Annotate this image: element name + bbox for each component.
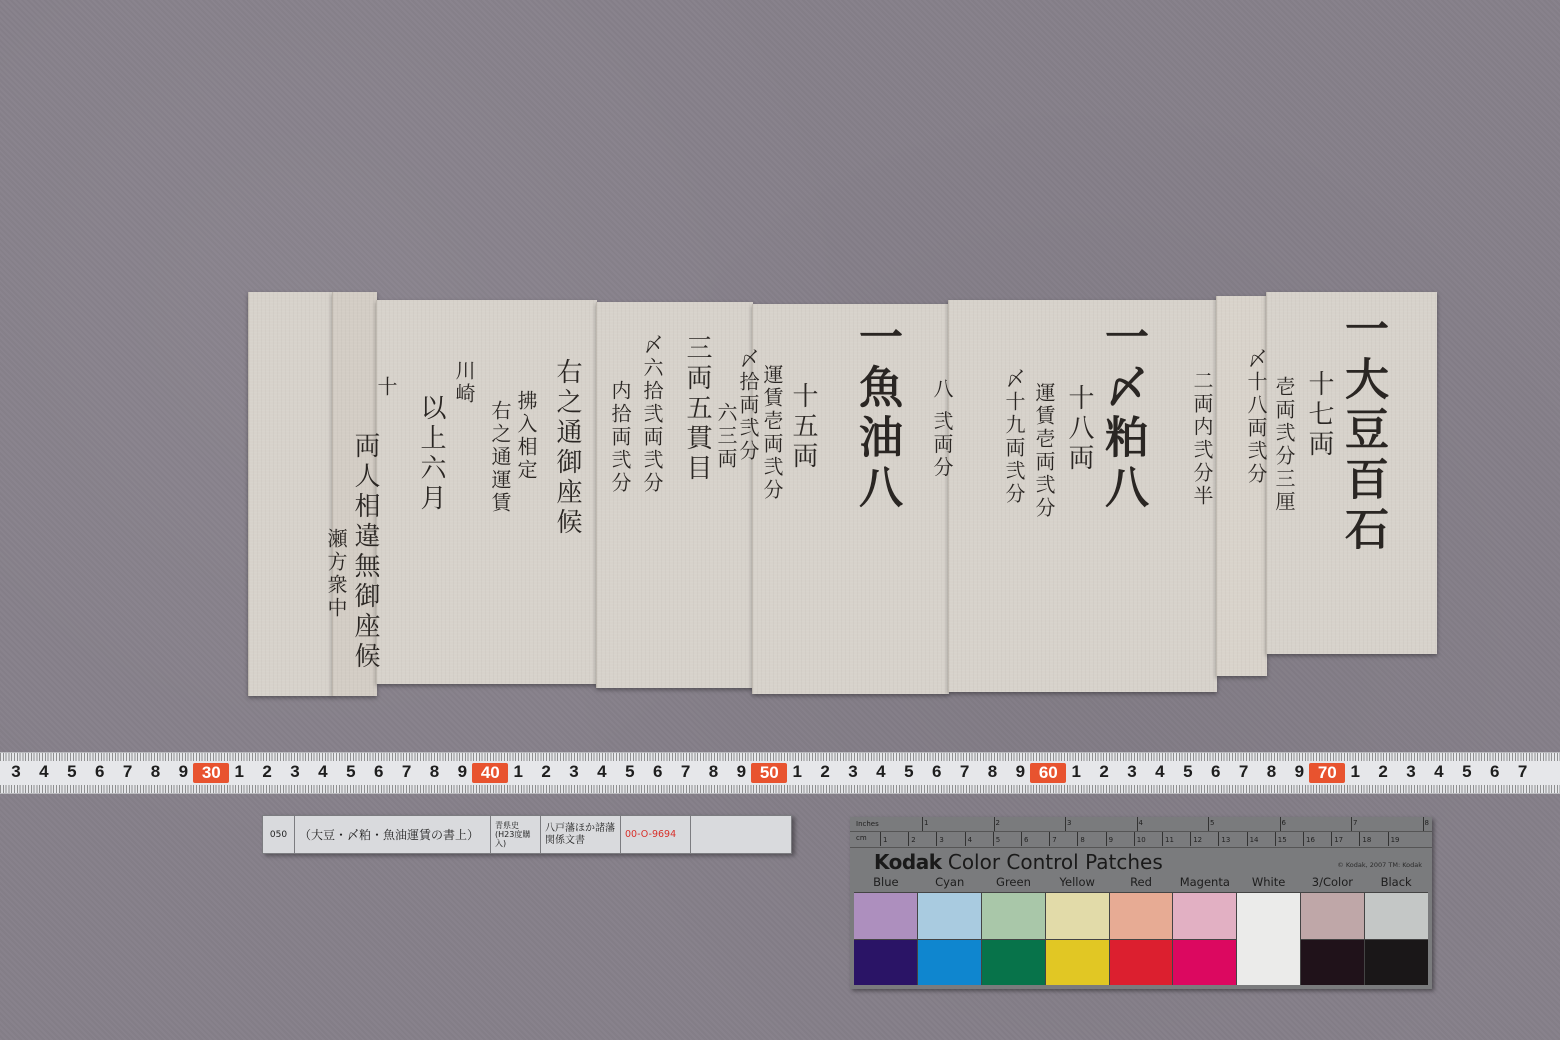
kodak-copyright: © Kodak, 2007 TM: Kodak (1337, 861, 1422, 869)
cm-tick (908, 832, 909, 846)
catalog-label-card: 050 （大豆・〆粕・魚油運賃の書上） 青県史(H23度購入) 八戸藩ほか諸藩関… (262, 815, 792, 854)
patch-light (1301, 892, 1364, 939)
text-column: 八 弐両分 (932, 378, 952, 479)
cm-tick (1049, 832, 1050, 846)
collection-name: 八戸藩ほか諸藩関係文書 (541, 816, 621, 853)
cm-tick (1134, 832, 1135, 846)
patch-column-red (1109, 892, 1173, 985)
tape-label: 4 (1146, 762, 1174, 782)
text-column: 六三両 (716, 402, 736, 471)
cm-label: 15 (1278, 836, 1287, 844)
cm-label: 9 (1109, 836, 1113, 844)
paper-panel-6 (948, 300, 1217, 692)
tape-label: 2 (532, 762, 560, 782)
kodak-color-control-card: Inches cm 123456781234567891011121314151… (850, 817, 1432, 989)
tape-label: 2 (811, 762, 839, 782)
tape-label: 5 (895, 762, 923, 782)
inches-label: Inches (856, 820, 879, 828)
cm-tick (1106, 832, 1107, 846)
tape-label: 70 (1309, 763, 1345, 783)
patch-dark (1173, 939, 1236, 986)
patch-light (854, 892, 917, 939)
text-column: 十七両 (1306, 370, 1332, 460)
text-column: 〆拾両弐分 (738, 348, 758, 463)
cm-label: 17 (1334, 836, 1343, 844)
patch-dark (1237, 939, 1300, 985)
patch-names: Blue Cyan Green Yellow Red Magenta White… (854, 875, 1428, 889)
text-column: 壱両弐分三厘 (1274, 376, 1294, 514)
tape-label: 7 (951, 762, 979, 782)
inch-label: 3 (1067, 819, 1071, 827)
text-column: 〆六拾弐両弐分 (642, 334, 662, 495)
patch-name-cyan: Cyan (918, 875, 982, 889)
patch-light (1173, 892, 1236, 939)
cm-tick (1162, 832, 1163, 846)
manuscript-document: 一大豆百石 十七両 壱両弐分三厘 〆十八両弐分 二両内弐分半 一〆粕八 十八両 … (248, 292, 1436, 704)
text-column: 運賃壱両弐分 (1034, 382, 1054, 520)
text-column: 以上六月 (418, 394, 444, 514)
tape-label: 4 (30, 762, 58, 782)
tape-label: 7 (1230, 762, 1258, 782)
cm-tick (993, 832, 994, 846)
cm-tick (1021, 832, 1022, 846)
tape-ticks-top (0, 753, 1560, 761)
patch-dark (1301, 939, 1364, 986)
tape-label: 8 (142, 762, 170, 782)
text-column: 十五両 (790, 382, 816, 472)
inch-label: 2 (996, 819, 1000, 827)
tape-label: 5 (616, 762, 644, 782)
cm-label: cm (856, 834, 867, 842)
tape-label: 50 (751, 763, 787, 783)
cm-label: 11 (1165, 836, 1174, 844)
cm-label: 2 (911, 836, 915, 844)
cm-tick (880, 832, 881, 846)
patch-light (1365, 892, 1428, 939)
patch-name-3color: 3/Color (1300, 875, 1364, 889)
cm-label: 3 (939, 836, 943, 844)
text-column: 一大豆百石 (1340, 306, 1384, 556)
patch-column-magenta (1172, 892, 1236, 985)
cm-label: 4 (968, 836, 972, 844)
inch-tick (1351, 817, 1352, 831)
cm-tick (1077, 832, 1078, 846)
text-column: 拂入相定 (516, 390, 536, 482)
tape-label: 5 (1174, 762, 1202, 782)
tape-label: 5 (58, 762, 86, 782)
patch-dark (982, 939, 1045, 986)
inch-label: 5 (1210, 819, 1214, 827)
tape-label: 8 (1258, 762, 1286, 782)
tape-label: 3 (839, 762, 867, 782)
inch-tick (1280, 817, 1281, 831)
patch-name-blue: Blue (854, 875, 918, 889)
cm-tick (1359, 832, 1360, 846)
kodak-title: Kodak Color Control Patches (874, 850, 1163, 874)
cm-tick (936, 832, 937, 846)
tape-label: 4 (588, 762, 616, 782)
tape-label: 6 (1202, 762, 1230, 782)
text-column: 右之通御座候 (554, 358, 580, 538)
text-column: 一魚油八 (854, 314, 898, 514)
source-note: 青県史(H23度購入) (491, 816, 541, 853)
text-column: 右之通運賃 (490, 400, 510, 515)
tape-label: 60 (1030, 763, 1066, 783)
patch-light (1110, 892, 1173, 939)
tape-label: 8 (700, 762, 728, 782)
cm-label: 10 (1137, 836, 1146, 844)
tape-label: 4 (867, 762, 895, 782)
tape-label: 2 (1090, 762, 1118, 782)
tape-label: 4 (309, 762, 337, 782)
patch-light (918, 892, 981, 939)
cm-label: 8 (1080, 836, 1084, 844)
tape-label: 4 (1425, 762, 1453, 782)
tape-label: 2 (1369, 762, 1397, 782)
cm-tick (1303, 832, 1304, 846)
tape-label: 8 (421, 762, 449, 782)
tape-label: 6 (365, 762, 393, 782)
cm-label: 7 (1052, 836, 1056, 844)
tape-label: 1 (783, 762, 811, 782)
tape-label: 7 (1509, 762, 1537, 782)
color-patches (854, 892, 1428, 985)
inch-tick (922, 817, 923, 831)
cm-label: 6 (1024, 836, 1028, 844)
tape-label: 5 (337, 762, 365, 782)
patch-dark (854, 939, 917, 986)
tape-label: 7 (114, 762, 142, 782)
blank-cell (691, 816, 791, 853)
tape-label: 3 (1397, 762, 1425, 782)
cm-tick (1247, 832, 1248, 846)
tape-label: 8 (979, 762, 1007, 782)
tape-label: 3 (1118, 762, 1146, 782)
tape-label: 6 (1481, 762, 1509, 782)
tape-ticks-bottom (0, 785, 1560, 793)
patch-column-yellow (1045, 892, 1109, 985)
cm-label: 14 (1250, 836, 1259, 844)
kodak-subtitle: Color Control Patches (948, 850, 1163, 874)
inch-tick (1065, 817, 1066, 831)
patch-name-yellow: Yellow (1045, 875, 1109, 889)
patch-name-red: Red (1109, 875, 1173, 889)
cm-label: 5 (996, 836, 1000, 844)
cm-tick (1331, 832, 1332, 846)
patch-dark (1365, 939, 1428, 986)
inch-label: 7 (1353, 819, 1357, 827)
text-column: 両人相違無御座候 (352, 432, 378, 672)
patch-column-green (981, 892, 1045, 985)
cm-tick (1190, 832, 1191, 846)
patch-column-blue (854, 892, 917, 985)
inch-tick (1423, 817, 1424, 831)
cm-label: 13 (1221, 836, 1230, 844)
patch-name-green: Green (982, 875, 1046, 889)
patch-column-white (1236, 892, 1300, 985)
paper-panel-1 (248, 292, 333, 696)
tape-label: 3 (2, 762, 30, 782)
patch-name-black: Black (1364, 875, 1428, 889)
inch-tick (994, 817, 995, 831)
tape-label: 6 (923, 762, 951, 782)
text-column: 〆十九両弐分 (1004, 368, 1024, 506)
patch-dark (918, 939, 981, 986)
cm-label: 19 (1391, 836, 1400, 844)
kodak-ruler: Inches cm 123456781234567891011121314151… (850, 817, 1432, 848)
text-column: 二両内弐分半 (1192, 370, 1212, 508)
patch-name-magenta: Magenta (1173, 875, 1237, 889)
cm-tick (1275, 832, 1276, 846)
text-column: 十 (376, 376, 396, 399)
patch-light (1237, 892, 1300, 939)
inch-label: 6 (1282, 819, 1286, 827)
inch-label: 1 (924, 819, 928, 827)
cm-tick (965, 832, 966, 846)
tape-label: 40 (472, 763, 508, 783)
tape-measure: 3456789301234567894012345678950123456789… (0, 752, 1560, 794)
catalog-number: 050 (263, 816, 295, 853)
tape-label: 6 (644, 762, 672, 782)
text-column: 内拾両弐分 (610, 380, 630, 495)
inch-tick (1137, 817, 1138, 831)
inch-tick (1208, 817, 1209, 831)
cm-label: 1 (883, 836, 887, 844)
text-column: 運賃壱両弐分 (762, 364, 782, 502)
patch-dark (1046, 939, 1109, 986)
patch-column-3color (1300, 892, 1364, 985)
inch-label: 4 (1139, 819, 1143, 827)
tape-label: 1 (504, 762, 532, 782)
text-column: 川崎 (454, 360, 474, 406)
patch-light (1046, 892, 1109, 939)
tape-label: 3 (281, 762, 309, 782)
text-column: 十八両 (1066, 384, 1092, 474)
tape-label: 2 (253, 762, 281, 782)
document-id: 00-O-9694 (621, 816, 691, 853)
inch-label: 8 (1425, 819, 1429, 827)
tape-label: 1 (225, 762, 253, 782)
tape-label: 6 (86, 762, 114, 782)
cm-label: 16 (1306, 836, 1315, 844)
cm-tick (1218, 832, 1219, 846)
tape-label: 1 (1062, 762, 1090, 782)
tape-label: 7 (672, 762, 700, 782)
text-column: 一〆粕八 (1100, 314, 1144, 514)
patch-dark (1110, 939, 1173, 986)
kodak-brand: Kodak (874, 850, 942, 874)
text-column: 瀬方衆中 (326, 528, 346, 620)
patch-name-white: White (1237, 875, 1301, 889)
patch-light (982, 892, 1045, 939)
cm-tick (1388, 832, 1389, 846)
patch-column-cyan (917, 892, 981, 985)
text-column: 三両五貫目 (684, 334, 710, 484)
patch-column-black (1364, 892, 1428, 985)
text-column: 〆十八両弐分 (1246, 348, 1266, 486)
cm-label: 12 (1193, 836, 1202, 844)
tape-label: 5 (1453, 762, 1481, 782)
paper-panel-4 (596, 302, 753, 688)
document-title: （大豆・〆粕・魚油運賃の書上） (295, 816, 491, 853)
tape-label: 3 (560, 762, 588, 782)
tape-label: 1 (1341, 762, 1369, 782)
cm-label: 18 (1362, 836, 1371, 844)
tape-label: 7 (393, 762, 421, 782)
tape-label: 30 (193, 763, 229, 783)
